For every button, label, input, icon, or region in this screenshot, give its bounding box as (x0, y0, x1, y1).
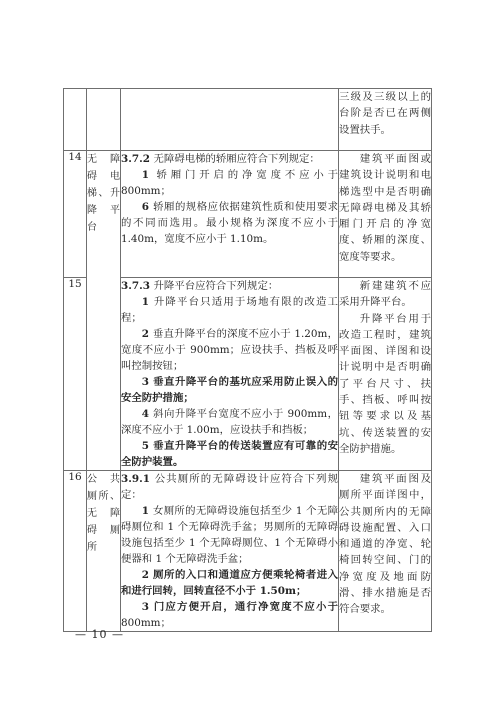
category-cell: 公共 厕所、 无障 碍厕 所 (87, 471, 121, 632)
table-row: 14无障 碍电 梯、升 降平 台3.7.2 无障碍电梯的轿厢应符合下列规定：1 … (64, 151, 432, 278)
clause-cell: 3.7.3 升降平台应符合下列规定：1 升降平台只适用于场地有限的改造工程；2 … (121, 278, 339, 471)
clause-paragraph: 3 门应方便开启，通行净宽度不应小于 800mm； (121, 599, 338, 631)
review-paragraph: 升降平台用于改造工程时，建筑平面图、详图和设计说明中是否明确了平台尺寸、扶手、挡… (339, 311, 431, 458)
bold-text-run: 2 厕所的入口和通道应方便乘轮椅者进入和进行回转，回转直径不小于 1.50m； (121, 569, 338, 597)
clause-paragraph: 3 垂直升降平台的基坑应采用防止误入的安全防护措施； (121, 374, 338, 406)
row-number-cell (64, 89, 87, 151)
clause-paragraph: 2 厕所的入口和通道应方便乘轮椅者进入和进行回转，回转直径不小于 1.50m； (121, 567, 338, 599)
clause-paragraph: 3.7.3 升降平台应符合下列规定： (121, 278, 338, 294)
bold-text-run: 3 门应方便开启，通行净宽度不应小于 (142, 601, 338, 613)
bold-text-run: 3.7.2 (121, 153, 154, 165)
review-points-cell: 建筑平面图及厕所平面详图中，公共厕所内的无障碍设施配置、入口和通道的净宽、轮椅回… (339, 471, 432, 632)
clause-paragraph: 1 轿厢门开启的净宽度不应小于 800mm； (121, 167, 338, 199)
table-row: 16公共 厕所、 无障 碍厕 所3.9.1 公共厕所的无障碍设计应符合下列规定：… (64, 471, 432, 632)
document-page: 三级及三级以上的台阶是否已在两侧设置扶手。14无障 碍电 梯、升 降平 台3.7… (0, 0, 500, 707)
review-points-cell: 新建建筑不应采用升降平台。升降平台用于改造工程时，建筑平面图、详图和设计说明中是… (339, 278, 432, 471)
checklist-body: 三级及三级以上的台阶是否已在两侧设置扶手。14无障 碍电 梯、升 降平 台3.7… (64, 89, 432, 632)
page-number: — 10 — (75, 628, 124, 641)
bold-text-run: 6 (142, 201, 153, 213)
bold-text-run: 3 垂直升降平台的基坑应采用防止误入的安全防护措施； (121, 376, 338, 404)
review-paragraph: 三级及三级以上的台阶是否已在两侧设置扶手。 (339, 89, 431, 138)
clause-cell (121, 89, 339, 151)
bold-text-run: 1 (142, 296, 154, 308)
bold-text-run: 3.7.3 (121, 280, 154, 292)
table-row: 三级及三级以上的台阶是否已在两侧设置扶手。 (64, 89, 432, 151)
category-label: 公共 厕所、 无障 碍厕 所 (87, 471, 120, 556)
text-run: 无障碍电梯的轿厢应符合下列规定： (154, 153, 320, 165)
clause-paragraph: 1 升降平台只适用于场地有限的改造工程； (121, 294, 338, 326)
review-paragraph: 建筑平面图及厕所平面详图中，公共厕所内的无障碍设施配置、入口和通道的净宽、轮椅回… (339, 471, 431, 618)
bold-text-run: 5 垂直升降平台的传送装置应有可靠的安全防护装置。 (121, 440, 338, 468)
text-run: 垂直升降平台的深度不应小于 1.20m，宽度不应小于 900mm；应设扶手、挡板… (121, 328, 338, 372)
bold-text-run: 2 (142, 328, 153, 340)
review-points-cell: 三级及三级以上的台阶是否已在两侧设置扶手。 (339, 89, 432, 151)
clause-paragraph: 5 垂直升降平台的传送装置应有可靠的安全防护装置。 (121, 438, 338, 470)
text-run: 升降平台应符合下列规定： (154, 280, 279, 292)
text-run: 斜向升降平台宽度不应小于 900mm，深度不应小于 1.00m，应设扶手和挡板； (121, 408, 338, 436)
review-paragraph: 新建建筑不应采用升降平台。 (339, 278, 431, 311)
row-number-cell: 15 (64, 278, 87, 471)
clause-cell: 3.7.2 无障碍电梯的轿厢应符合下列规定：1 轿厢门开启的净宽度不应小于 80… (121, 151, 339, 278)
category-cell: 无障 碍电 梯、升 降平 台 (87, 151, 121, 471)
text-run: 女厕所的无障碍设施包括至少 1 个无障碍厕位和 1 个无障碍洗手盆；男厕所的无障… (121, 505, 338, 565)
clause-paragraph: 1 女厕所的无障碍设施包括至少 1 个无障碍厕位和 1 个无障碍洗手盆；男厕所的… (121, 503, 338, 567)
category-label: 无障 碍电 梯、升 降平 台 (87, 151, 120, 236)
row-number-cell: 14 (64, 151, 87, 278)
review-points-cell: 建筑平面图或建筑设计说明和电梯选型中是否明确无障碍电梯及其轿厢门开启的净宽度、轿… (339, 151, 432, 278)
row-number-cell: 16 (64, 471, 87, 632)
clause-paragraph: 3.7.2 无障碍电梯的轿厢应符合下列规定： (121, 151, 338, 167)
bold-text-run: 3.9.1 (121, 473, 155, 485)
category-cell (87, 89, 121, 151)
clause-paragraph: 2 垂直升降平台的深度不应小于 1.20m，宽度不应小于 900mm；应设扶手、… (121, 326, 338, 374)
review-checklist-table: 三级及三级以上的台阶是否已在两侧设置扶手。14无障 碍电 梯、升 降平 台3.7… (63, 88, 432, 632)
clause-cell: 3.9.1 公共厕所的无障碍设计应符合下列规定：1 女厕所的无障碍设施包括至少 … (121, 471, 339, 632)
clause-paragraph: 4 斜向升降平台宽度不应小于 900mm，深度不应小于 1.00m，应设扶手和挡… (121, 406, 338, 438)
clause-paragraph: 6 轿厢的规格应依据建筑性质和使用要求的不同而选用。最小规格为深度不应小于 1.… (121, 199, 338, 247)
text-run: 轿厢的规格应依据建筑性质和使用要求的不同而选用。最小规格为深度不应小于 1.40… (121, 201, 338, 245)
bold-text-run: 1 (142, 505, 153, 517)
bold-text-run: 4 (142, 408, 153, 420)
bold-text-run: 1 (142, 169, 157, 181)
text-run: 800mm； (121, 617, 171, 629)
clause-paragraph: 3.9.1 公共厕所的无障碍设计应符合下列规定： (121, 471, 338, 503)
text-run: 升降平台只适用于场地有限的改造工程； (121, 296, 338, 324)
review-paragraph: 建筑平面图或建筑设计说明和电梯选型中是否明确无障碍电梯及其轿厢门开启的净宽度、轿… (339, 151, 431, 265)
